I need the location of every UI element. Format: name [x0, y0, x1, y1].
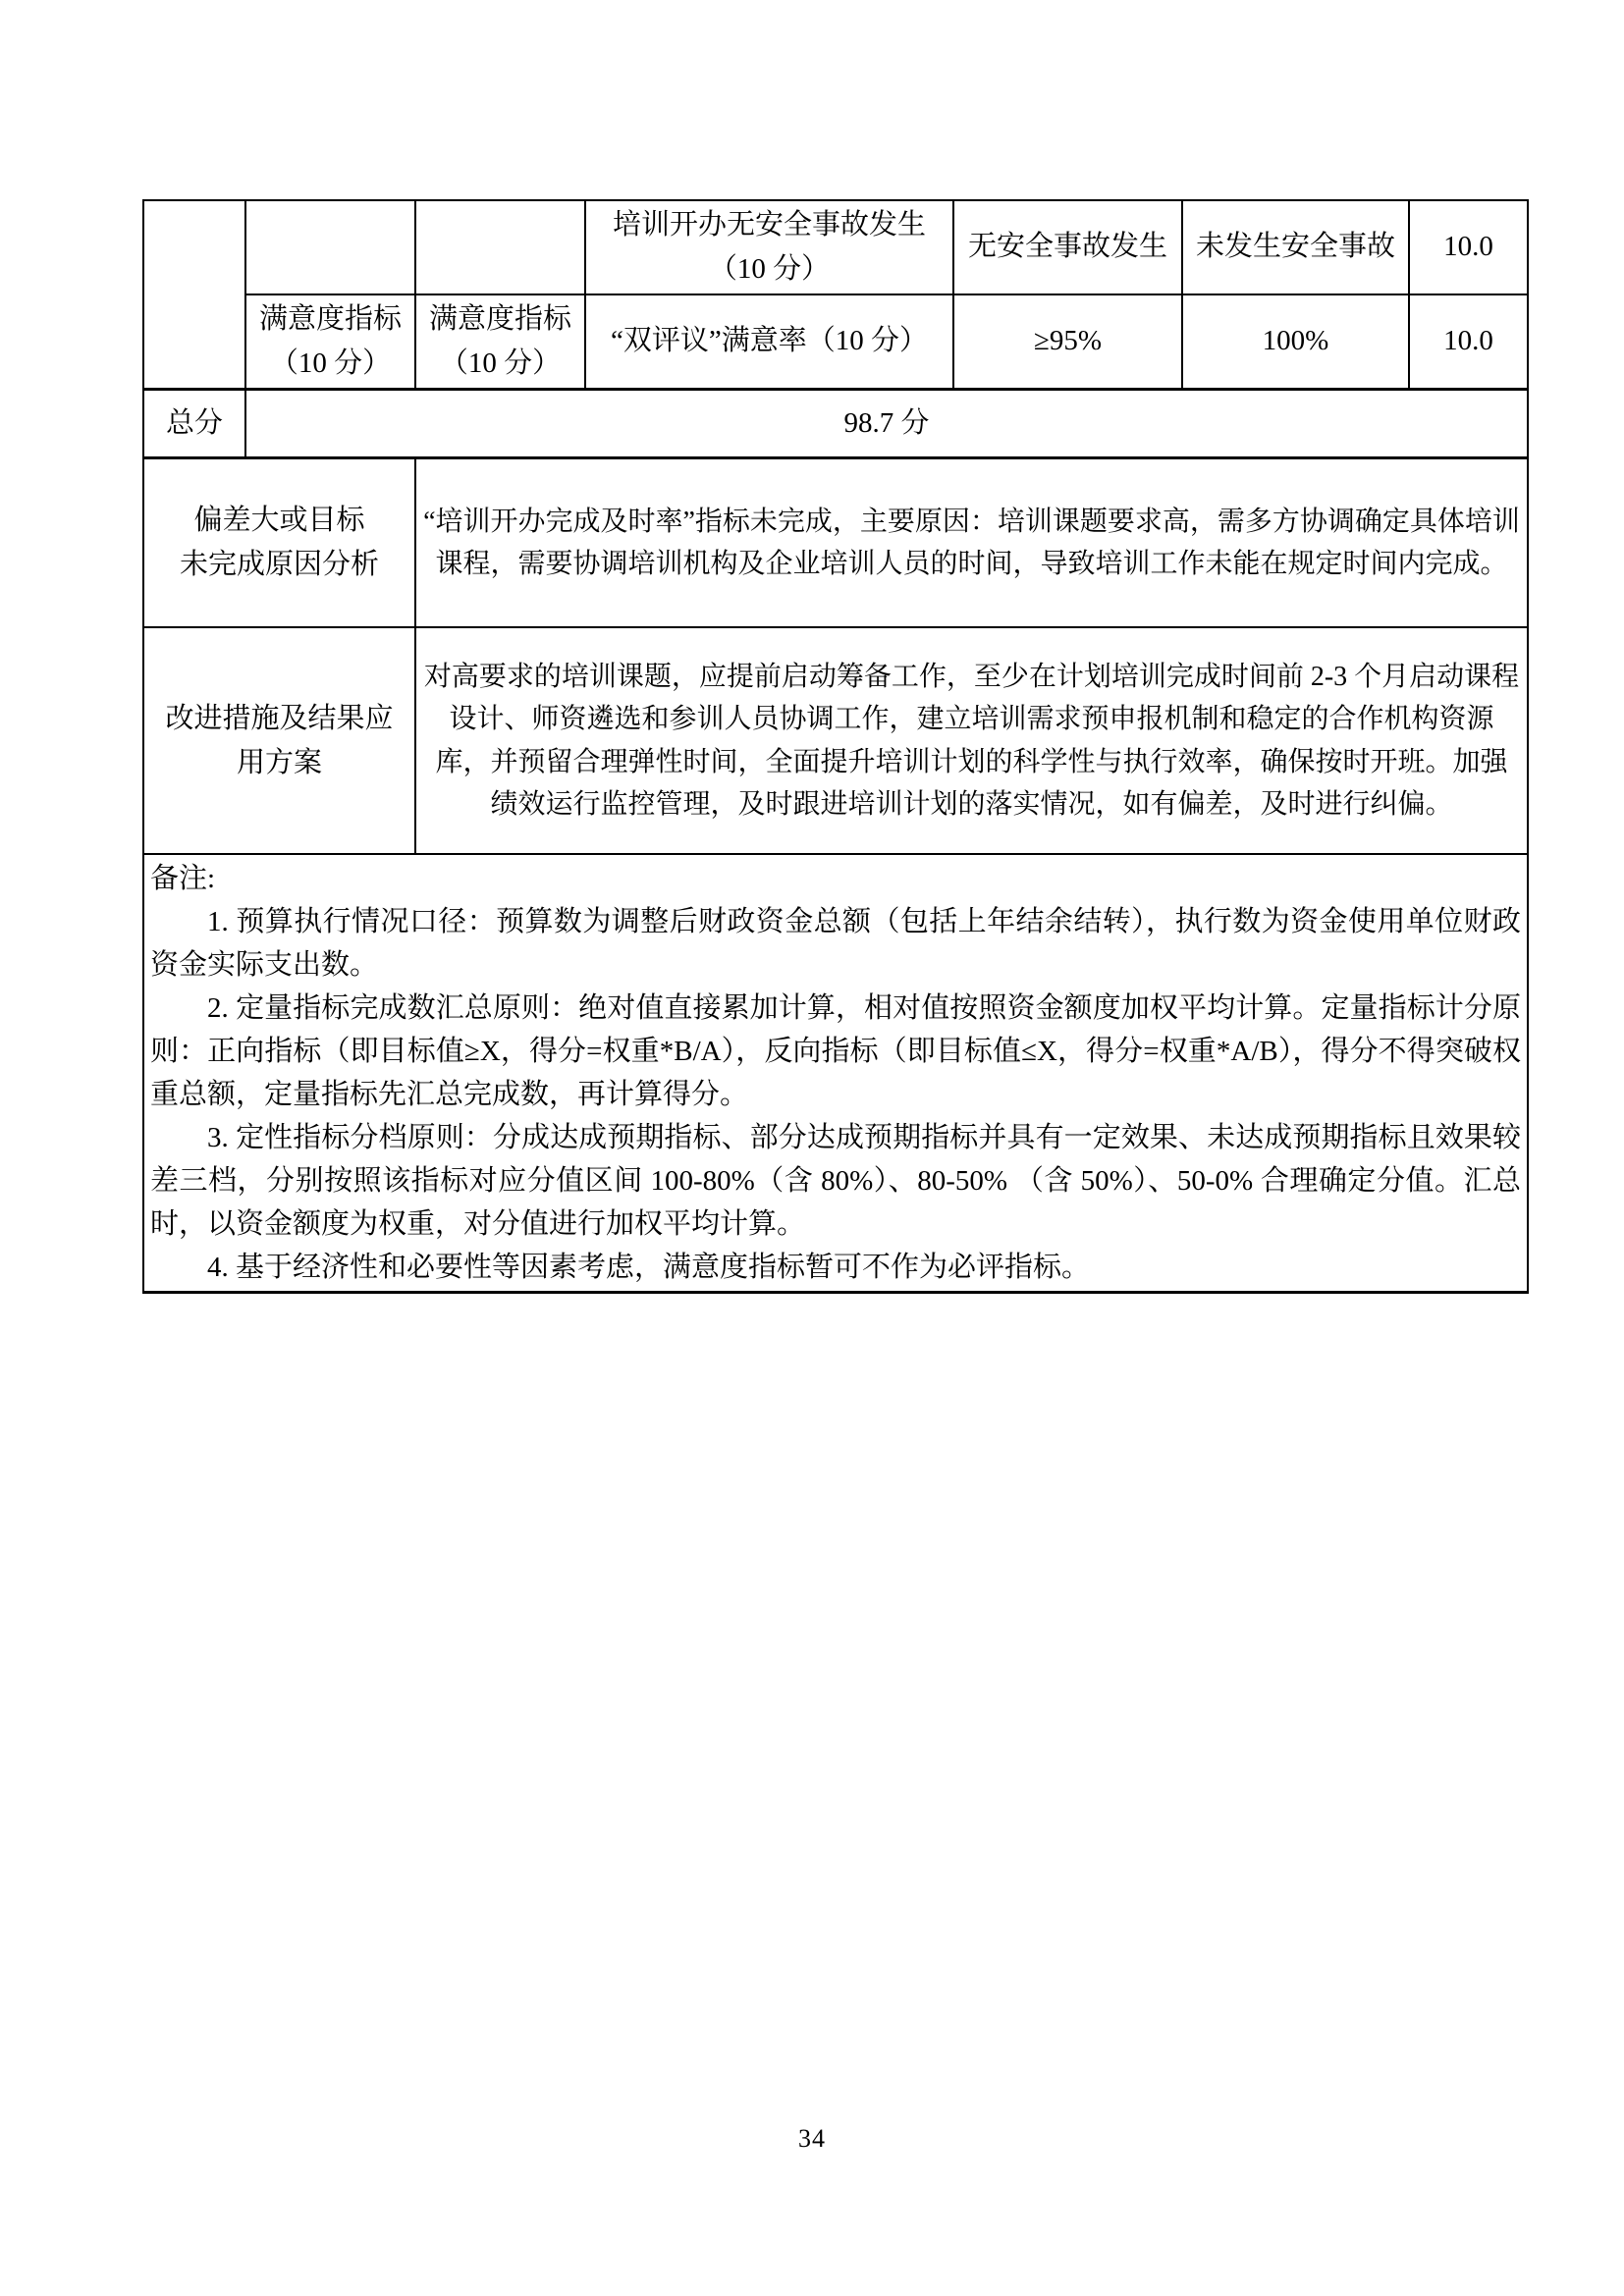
table-row-indicator-1: 培训开办无安全事故发生 （10 分） 无安全事故发生 未发生安全事故 10.0: [143, 200, 1528, 294]
table-row-indicator-2: 满意度指标 （10 分） 满意度指标 （10 分） “双评议”满意率（10 分）…: [143, 294, 1528, 389]
page-number: 34: [0, 2124, 1624, 2154]
improvement-plan-content: 对高要求的培训课题，应提前启动筹备工作，至少在计划培训完成时间前 2-3 个月启…: [415, 627, 1528, 854]
table-row-remarks: 备注: 1. 预算执行情况口径：预算数为调整后财政资金总额（包括上年结余结转），…: [143, 854, 1528, 1293]
table-row-deviation: 偏差大或目标 未完成原因分析 “培训开办完成及时率”指标未完成，主要原因：培训课…: [143, 457, 1528, 627]
score-cell: 10.0: [1409, 294, 1528, 389]
actual-value-cell: 100%: [1182, 294, 1409, 389]
level2-satisfaction-cell: 满意度指标 （10 分）: [245, 294, 415, 389]
remark-note-4: 4. 基于经济性和必要性等因素考虑，满意度指标暂可不作为必评指标。: [150, 1246, 1521, 1289]
deviation-analysis-label: 偏差大或目标 未完成原因分析: [143, 457, 415, 627]
actual-value-cell: 未发生安全事故: [1182, 200, 1409, 294]
score-cell: 10.0: [1409, 200, 1528, 294]
total-score-value: 98.7 分: [245, 389, 1528, 457]
document-page: 培训开办无安全事故发生 （10 分） 无安全事故发生 未发生安全事故 10.0 …: [0, 0, 1624, 2296]
target-value-cell: 无安全事故发生: [953, 200, 1182, 294]
remark-note-1: 1. 预算执行情况口径：预算数为调整后财政资金总额（包括上年结余结转），执行数为…: [150, 900, 1521, 987]
improvement-plan-label: 改进措施及结果应 用方案: [143, 627, 415, 854]
remarks-cell: 备注: 1. 预算执行情况口径：预算数为调整后财政资金总额（包括上年结余结转），…: [143, 854, 1528, 1293]
remarks-title: 备注:: [150, 857, 1521, 900]
level2-empty-cell: [245, 200, 415, 294]
table-row-improvement: 改进措施及结果应 用方案 对高要求的培训课题，应提前启动筹备工作，至少在计划培训…: [143, 627, 1528, 854]
level3-empty-cell: [415, 200, 585, 294]
category-continuation-cell: [143, 200, 245, 389]
remark-note-2: 2. 定量指标完成数汇总原则：绝对值直接累加计算，相对值按照资金额度加权平均计算…: [150, 987, 1521, 1116]
deviation-analysis-content: “培训开办完成及时率”指标未完成，主要原因：培训课题要求高，需多方协调确定具体培…: [415, 457, 1528, 627]
indicator-name-cell: “双评议”满意率（10 分）: [585, 294, 953, 389]
level3-satisfaction-cell: 满意度指标 （10 分）: [415, 294, 585, 389]
remark-note-3: 3. 定性指标分档原则：分成达成预期指标、部分达成预期指标并具有一定效果、未达成…: [150, 1116, 1521, 1246]
indicator-name-cell: 培训开办无安全事故发生 （10 分）: [585, 200, 953, 294]
total-score-label: 总分: [143, 389, 245, 457]
table-row-total: 总分 98.7 分: [143, 389, 1528, 457]
performance-evaluation-table: 培训开办无安全事故发生 （10 分） 无安全事故发生 未发生安全事故 10.0 …: [142, 199, 1529, 1294]
target-value-cell: ≥95%: [953, 294, 1182, 389]
